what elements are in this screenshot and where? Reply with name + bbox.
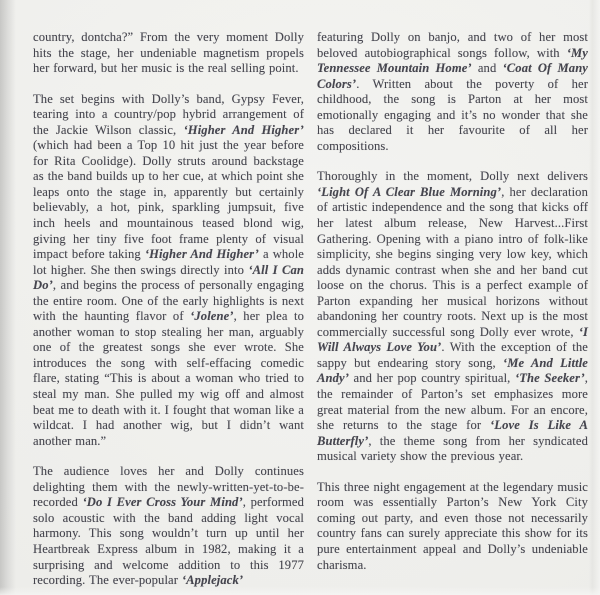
song-title: ‘Higher And Higher’ (145, 247, 259, 261)
song-title: ‘Light Of A Clear Blue Morning’ (317, 185, 501, 199)
song-title: ‘Higher And Higher’ (184, 123, 304, 137)
paragraph: Thoroughly in the moment, Dolly next del… (317, 169, 588, 464)
paragraph: country, dontcha?” From the very moment … (33, 30, 304, 77)
song-title: ‘The Seeker’ (515, 371, 585, 385)
text-segment: . Written about the poverty of her child… (317, 77, 588, 153)
text-segment: This three night engagement at the legen… (317, 480, 588, 572)
paragraph: The set begins with Dolly’s band, Gypsy … (33, 92, 304, 450)
paragraph: This three night engagement at the legen… (317, 480, 588, 573)
song-title: ‘Applejack’ (182, 573, 243, 587)
text-segment: and her pop country spiritual, (349, 371, 515, 385)
song-title: ‘Jolene’ (190, 309, 233, 323)
text-segment: , her declaration of artistic independen… (317, 185, 588, 339)
paragraph: The audience loves her and Dolly continu… (33, 464, 304, 588)
column-left: country, dontcha?” From the very moment … (33, 30, 304, 589)
text-segment: (which had been a Top 10 hit just the ye… (33, 138, 304, 261)
text-columns: country, dontcha?” From the very moment … (0, 0, 600, 589)
text-segment: , her plea to another woman to stop stea… (33, 309, 304, 447)
text-segment: featuring Dolly on banjo, and two of her… (317, 30, 588, 60)
text-segment: Thoroughly in the moment, Dolly next del… (317, 169, 588, 183)
text-segment: country, dontcha?” From the very moment … (33, 30, 304, 75)
column-right: featuring Dolly on banjo, and two of her… (317, 30, 588, 589)
scanned-booklet-page: country, dontcha?” From the very moment … (0, 0, 600, 595)
paragraph: featuring Dolly on banjo, and two of her… (317, 30, 588, 154)
song-title: ‘Do I Ever Cross Your Mind’ (83, 495, 243, 509)
text-segment: and (472, 61, 503, 75)
